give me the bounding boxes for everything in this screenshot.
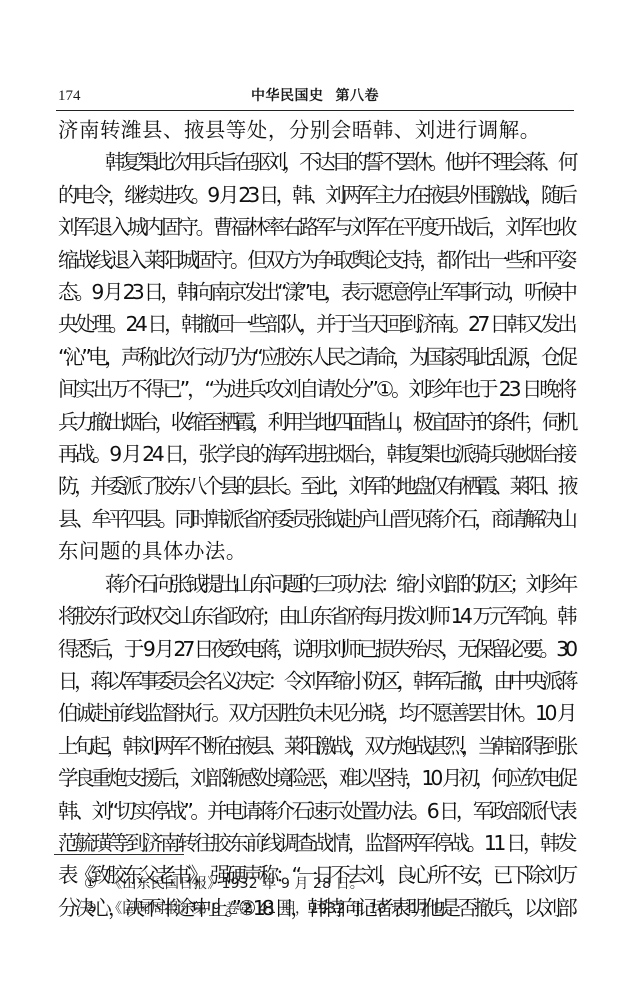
text-line: 态。9 月 23 日，韩向南京发出“漾”电，表示愿意停止军事行动，听候中	[58, 276, 574, 308]
volume-label: 第八卷	[336, 88, 380, 104]
text-line: 刘军退入城内固守。曹福林率右路军与刘军在平度开战后，刘军也收	[58, 211, 574, 243]
text-line: 得悉后，于 9 月 27 日夜致电蒋，说明刘师已损失殆尽，无保留必要。30	[58, 633, 574, 665]
footnote-text: 《山东民国日报》1932 年 9 月 28 日。	[108, 876, 364, 892]
running-header: 174 中华民国史第八卷	[56, 86, 574, 110]
paragraph: 韩复榘此次用兵旨在驱刘，不达目的誓不罢休。他并不理会蒋、何 的电令，继续进攻。9…	[58, 146, 574, 567]
text-line: 学良重炮支援后，刘部渐感处境险恶，难以坚持，10 月初，何应钦电促	[58, 762, 574, 794]
text-line: 再战。9 月 24 日，张学良的海军进驻烟台，韩复榘也派骑兵驰烟台接	[58, 438, 574, 470]
footnote-mark: ②	[84, 897, 108, 922]
paragraph: 济南转潍县、掖县等处，分别会晤韩、刘进行调解。	[58, 114, 574, 146]
header-rule	[56, 110, 574, 111]
footnotes: ①《山东民国日报》1932 年 9 月 28 日。 ②《国闻周报》第 9 卷第 …	[84, 872, 564, 922]
text-line: 伯诚赴前线监督执行。双方因胜负未见分晓，均不愿善罢甘休。10 月	[58, 697, 574, 729]
text-line: 日，蒋以军事委员会名义决定：令刘军缩小防区，韩军后撤，由中央派蒋	[58, 665, 574, 697]
text-line: 蒋介石向张钺提出山东问题的三项办法：缩小刘部的防区；刘珍年	[58, 568, 574, 600]
text-line: 央处理。24 日，韩撤回一些部队，并于当天回到济南。27 日韩又发出	[58, 308, 574, 340]
text-line: 防，并委派了胶东八个县的县长。至此，刘军的地盘仅有栖霞、莱阳、掖	[58, 470, 574, 502]
book-title: 中华民国史	[251, 88, 324, 104]
footnote-text: 《国闻周报》第 9 卷第 41 期，1932 年 10 月 17 日。	[108, 901, 461, 917]
text-line: 的电令，继续进攻。9 月 23 日，韩、刘两军主力在掖县外围激战，随后	[58, 179, 574, 211]
text-line: “沁”电，声称此次行动乃为“应胶东人民之请命，为国家弭此乱源，仓促	[58, 341, 574, 373]
body-text: 济南转潍县、掖县等处，分别会晤韩、刘进行调解。 韩复榘此次用兵旨在驱刘，不达目的…	[58, 114, 574, 924]
text-line: 将胶东行政权交山东省政府；由山东省府每月拨刘师 14 万元军饷。韩	[58, 600, 574, 632]
text-line: 兵力撤出烟台，收缩至栖霞，利用当地四面皆山，极宜固守的条件，伺机	[58, 406, 574, 438]
text-line: 东问题的具体办法。	[58, 535, 574, 567]
footnote-rule	[54, 854, 184, 855]
text-line: 县、牟平四县。同时韩派省府委员张钺赴庐山晋见蒋介石，商请解决山	[58, 503, 574, 535]
text-line: 韩复榘此次用兵旨在驱刘，不达目的誓不罢休。他并不理会蒋、何	[58, 146, 574, 178]
text-line: 上旬起，韩刘两军不断在掖县、莱阳激战，双方炮战甚烈，当韩部得到张	[58, 730, 574, 762]
text-line: 间实出万不得已”，“为进兵攻刘自请处分”①。刘珍年也于 23 日晚将	[58, 373, 574, 405]
footnote-1: ①《山东民国日报》1932 年 9 月 28 日。	[84, 872, 564, 897]
footnote-2: ②《国闻周报》第 9 卷第 41 期，1932 年 10 月 17 日。	[84, 897, 564, 922]
text-line: 济南转潍县、掖县等处，分别会晤韩、刘进行调解。	[58, 114, 574, 146]
text-line: 韩、刘“切实停战”。并电请蒋介石速示处置办法。6 日，军政部派代表	[58, 795, 574, 827]
text-line: 缩战线退入莱阳城固守。但双方为争取舆论支持，都作出一些和平姿	[58, 244, 574, 276]
running-title: 中华民国史第八卷	[56, 86, 574, 106]
footnote-mark: ①	[84, 872, 108, 897]
paragraph: 蒋介石向张钺提出山东问题的三项办法：缩小刘部的防区；刘珍年 将胶东行政权交山东省…	[58, 568, 574, 924]
